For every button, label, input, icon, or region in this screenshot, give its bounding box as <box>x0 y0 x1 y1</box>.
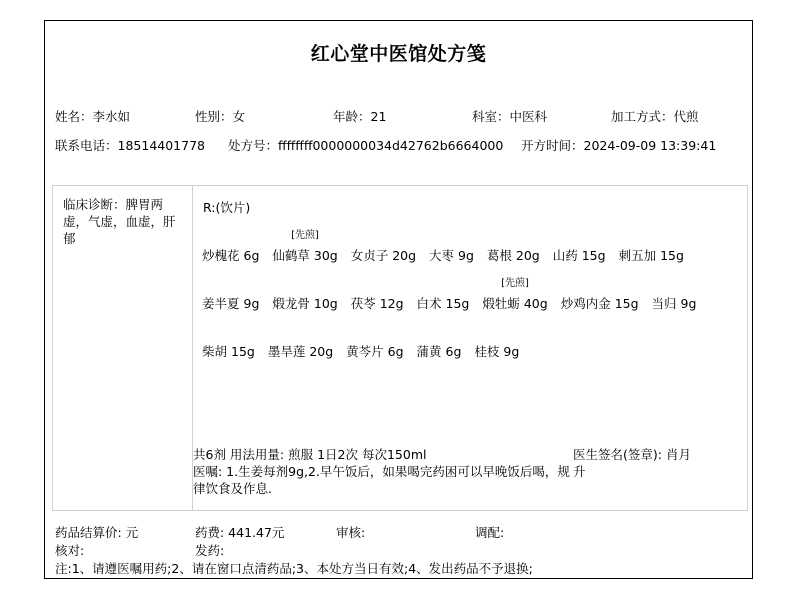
dispense: 调配: <box>475 523 504 541</box>
herb-item: 山药 15g <box>553 246 606 264</box>
patient-info-row-2: 联系电话：18514401778 处方号：ffffffff0000000034d… <box>55 136 745 154</box>
herb-item: [先煎]煅牡蛎 40g <box>482 294 547 312</box>
issue: 发药: <box>195 541 224 559</box>
herb-item: 墨旱莲 20g <box>268 342 333 360</box>
prescription-header: R:(饮片) <box>203 198 250 216</box>
herb-item: 葛根 20g <box>487 246 540 264</box>
herb-item: 炒槐花 6g <box>202 246 259 264</box>
herb-item: 大枣 9g <box>429 246 474 264</box>
check-row: 核对: 发药: <box>55 541 745 559</box>
herb-item: 茯苓 12g <box>351 294 404 312</box>
herb-line-2: 姜半夏 9g 煅龙骨 10g 茯苓 12g 白术 15g [先煎]煅牡蛎 40g… <box>202 294 705 312</box>
herb-item: 柴胡 15g <box>202 342 255 360</box>
review: 审核: <box>336 523 365 541</box>
herb-item: 桂枝 9g <box>474 342 519 360</box>
usage-and-advice: 共6剂 用法用量: 煎服 1日2次 每次150ml 医嘱: 1.生姜每剂9g,2… <box>193 446 573 497</box>
herb-item: 白术 15g <box>417 294 470 312</box>
diagnosis-label: 临床诊断： <box>63 197 126 212</box>
prescription-panel: R:(饮片) 炒槐花 6g [先煎]仙鹤草 30g 女贞子 20g 大枣 9g … <box>193 186 747 510</box>
check: 核对: <box>55 541 84 559</box>
herb-item: 黄芩片 6g <box>346 342 403 360</box>
processing-method: 加工方式：代煎 <box>611 107 699 125</box>
diagnosis-panel: 临床诊断：脾胃两虚，气虚，血虚，肝郁 <box>53 186 193 510</box>
notice: 注:1、请遵医嘱用药;2、请在窗口点清药品;3、本处方当日有效;4、发出药品不予… <box>55 559 533 577</box>
drug-fee: 药费: 441.47元 <box>195 523 284 541</box>
patient-age: 年龄：21 <box>333 107 386 125</box>
herb-item: 女贞子 20g <box>351 246 416 264</box>
herb-item: 当归 9g <box>652 294 697 312</box>
prescription-sheet: 红心堂中医馆处方笺 姓名：李水如 性别：女 年龄：21 科室：中医科 加工方式：… <box>44 20 753 579</box>
settlement-price: 药品结算价: 元 <box>55 523 138 541</box>
phone: 联系电话：18514401778 <box>55 136 205 154</box>
herb-item: 姜半夏 9g <box>202 294 259 312</box>
decoct-first-note: [先煎] <box>291 226 319 241</box>
patient-gender: 性别：女 <box>195 107 245 125</box>
page-title: 红心堂中医馆处方笺 <box>45 39 752 66</box>
advice-text: 医嘱: 1.生姜每剂9g,2.早午饭后，如果喝完药困可以早晚饭后喝，规律饮食及作… <box>193 463 573 497</box>
herb-item: 煅龙骨 10g <box>272 294 337 312</box>
department: 科室：中医科 <box>472 107 547 125</box>
herb-line-1: 炒槐花 6g [先煎]仙鹤草 30g 女贞子 20g 大枣 9g 葛根 20g … <box>202 246 693 264</box>
herb-item: 蒲黄 6g <box>417 342 462 360</box>
herb-line-3: 柴胡 15g 墨旱莲 20g 黄芩片 6g 蒲黄 6g 桂枝 9g <box>202 342 528 360</box>
herb-item: 炒鸡内金 15g <box>561 294 639 312</box>
patient-info-row-1: 姓名：李水如 性别：女 年龄：21 科室：中医科 加工方式：代煎 <box>55 107 745 125</box>
decoct-first-note: [先煎] <box>501 274 529 289</box>
herb-item: [先煎]仙鹤草 30g <box>272 246 337 264</box>
prescription-time: 开方时间：2024-09-09 13:39:41 <box>521 136 716 154</box>
patient-name: 姓名：李水如 <box>55 107 130 125</box>
fee-row: 药品结算价: 元 药费: 441.47元 审核: 调配: <box>55 523 745 541</box>
usage-text: 共6剂 用法用量: 煎服 1日2次 每次150ml <box>193 446 573 463</box>
prescription-box: 临床诊断：脾胃两虚，气虚，血虚，肝郁 R:(饮片) 炒槐花 6g [先煎]仙鹤草… <box>52 185 748 511</box>
prescription-number: 处方号：ffffffff0000000034d42762b6664000 <box>228 136 503 154</box>
doctor-signature: 医生签名(签章): 肖月升 <box>573 446 698 480</box>
herb-item: 刺五加 15g <box>619 246 684 264</box>
